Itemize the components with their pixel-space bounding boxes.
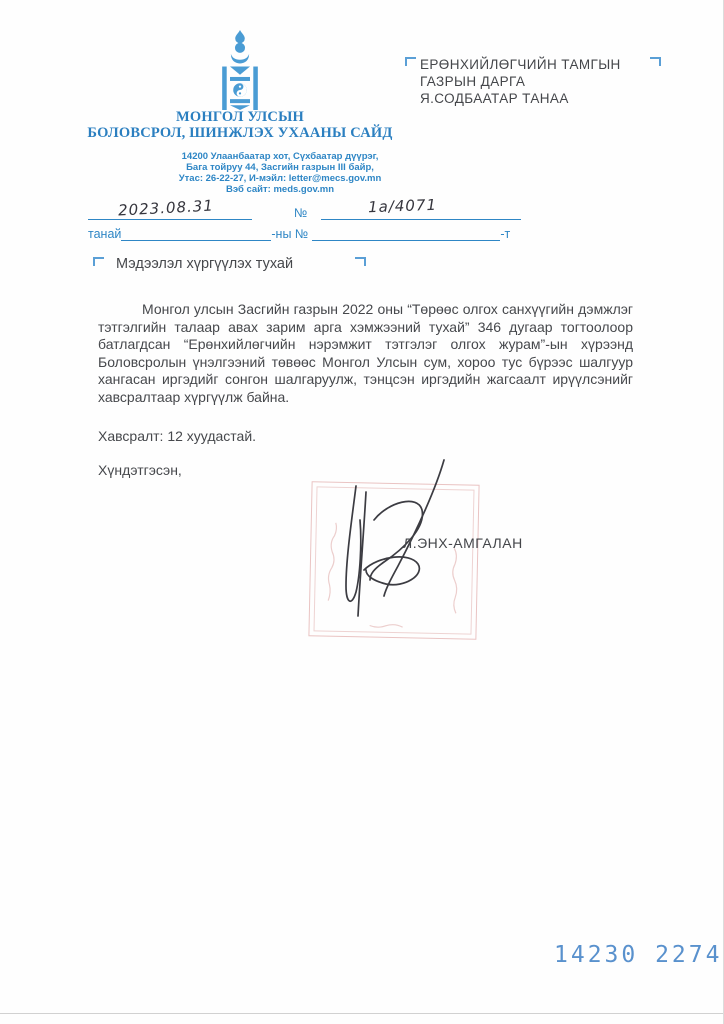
number-symbol: №: [294, 206, 307, 220]
incoming-date-blank-line: [121, 227, 271, 241]
emblem-container: [75, 30, 405, 115]
recipient-corner-bracket-left-icon: [405, 57, 416, 66]
sender-address-line: Бага тойруу 44, Засгийн газрын III байр,: [120, 162, 440, 173]
addressee-suffix-label: -т: [500, 227, 510, 241]
subject-corner-bracket-left-icon: [93, 257, 104, 266]
attachment-note: Хавсралт: 12 хуудастай.: [98, 428, 256, 444]
handwritten-number: 1а/4071: [368, 196, 438, 216]
subject-line: Мэдээлэл хүргүүлэх тухай: [116, 256, 293, 272]
signer-name: Л.ЭНХ-АМГАЛАН: [403, 535, 523, 551]
incoming-number-blank-line: [312, 227, 500, 241]
sender-website-line: Вэб сайт: meds.gov.mn: [120, 184, 440, 195]
sender-address-line: 14200 Улаанбаатар хот, Сүхбаатар дүүрэг,: [120, 151, 440, 162]
body-paragraph: Монгол улсын Засгийн газрын 2022 оны “Тө…: [98, 301, 633, 407]
registry-number-stamp: 14230 2274: [554, 942, 722, 968]
closing-salutation: Хүндэтгэсэн,: [98, 462, 182, 478]
letter-page: МОНГОЛ УЛСЫН БОЛОВСРОЛ, ШИНЖЛЭХ УХААНЫ С…: [0, 0, 724, 1024]
sender-country: МОНГОЛ УЛСЫН: [60, 110, 420, 126]
scan-edge-bottom: [0, 1013, 724, 1014]
recipient-block: ЕРӨНХИЙЛӨГЧИЙН ТАМГЫН ГАЗРЫН ДАРГА Я.СОД…: [420, 56, 660, 107]
subject-corner-bracket-right-icon: [355, 257, 366, 266]
soyombo-emblem-icon: [212, 30, 268, 110]
sender-ministry-title: МОНГОЛ УЛСЫН БОЛОВСРОЛ, ШИНЖЛЭХ УХААНЫ С…: [60, 110, 420, 141]
your-label: танай: [88, 227, 121, 241]
sender-contact-line: Утас: 26-22-27, И-мэйл: letter@mecs.gov.…: [120, 173, 440, 184]
incoming-number-label: -ны №: [271, 227, 308, 241]
reference-line-incoming: танай-ны №-т: [88, 227, 510, 241]
recipient-line: ГАЗРЫН ДАРГА: [420, 73, 660, 90]
sender-contact-block: 14200 Улаанбаатар хот, Сүхбаатар дүүрэг,…: [120, 151, 440, 195]
sender-minister-title: БОЛОВСРОЛ, ШИНЖЛЭХ УХААНЫ САЙД: [60, 126, 420, 142]
recipient-line: Я.СОДБААТАР ТАНАА: [420, 90, 660, 107]
recipient-line: ЕРӨНХИЙЛӨГЧИЙН ТАМГЫН: [420, 56, 660, 73]
